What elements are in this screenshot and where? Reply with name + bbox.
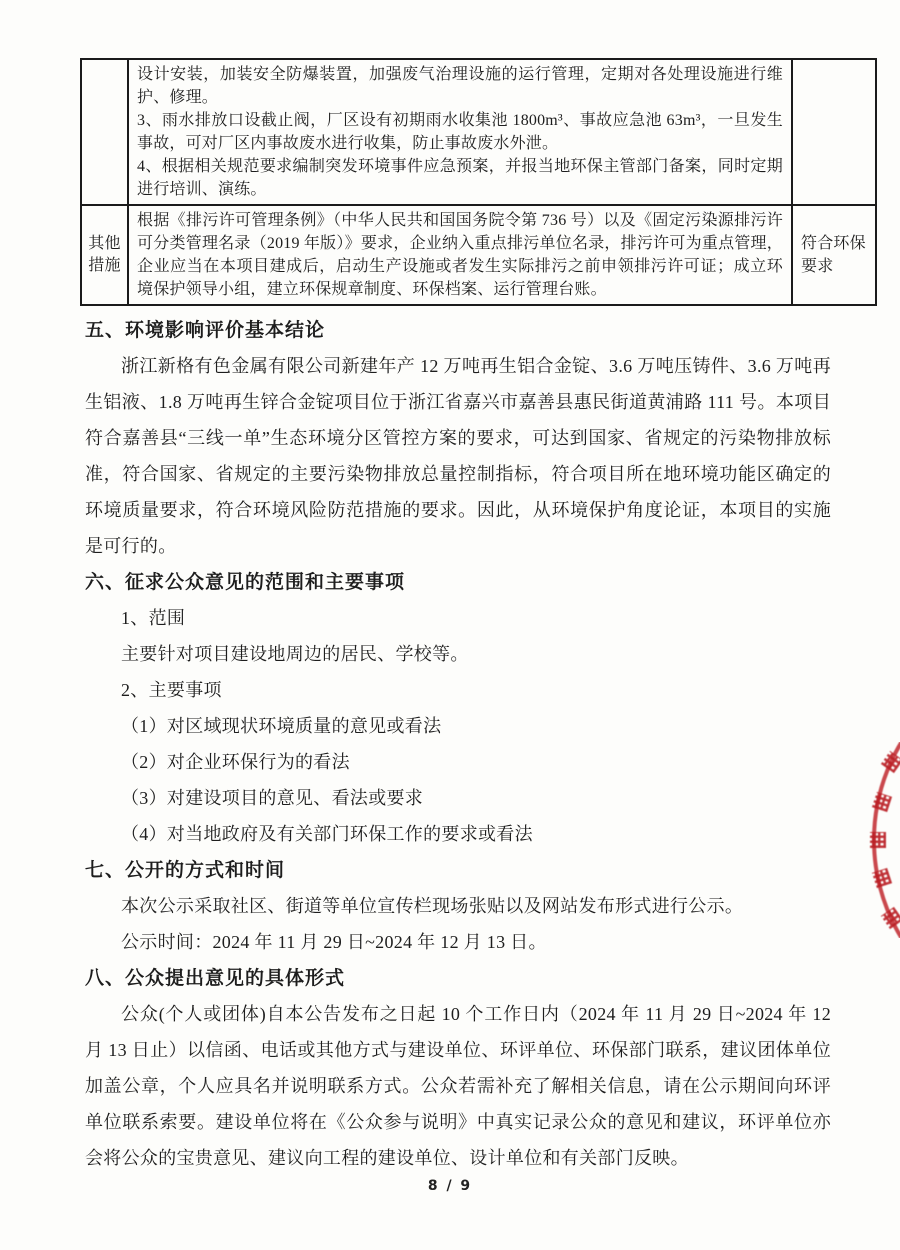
main-item-4: （4）对当地政府及有关部门环保工作的要求或看法 [85,816,831,852]
table-row-continued: 设计安装，加装安全防爆装置，加强废气治理设施的运行管理，定期对各处理设施进行维护… [81,59,876,205]
measure-content-cell: 根据《排污许可管理条例》（中华人民共和国国务院令第 736 号）以及《固定污染源… [128,205,792,305]
section-heading-feedback: 八、公众提出意见的具体形式 [85,960,831,996]
measure-paragraph: 根据《排污许可管理条例》（中华人民共和国国务院令第 736 号）以及《固定污染源… [137,209,783,301]
page-number: 8 / 9 [0,1178,900,1194]
document-page: 设计安装，加装安全防爆装置，加强废气治理设施的运行管理，定期对各处理设施进行维护… [0,0,900,1250]
measure-name-cell: 其他措施 [81,205,128,305]
conformity-cell [792,59,876,205]
measure-name-cell [81,59,128,205]
scope-subheading: 1、范围 [85,600,831,636]
publicity-period-text: 公示时间：2024 年 11 月 29 日~2024 年 12 月 13 日。 [85,924,831,960]
section-heading-publicity: 七、公开的方式和时间 [85,852,831,888]
measure-paragraph: 设计安装，加装安全防爆装置，加强废气治理设施的运行管理，定期对各处理设施进行维护… [137,63,783,109]
conclusion-paragraph: 浙江新格有色金属有限公司新建年产 12 万吨再生铝合金锭、3.6 万吨压铸件、3… [85,348,831,564]
publicity-method-text: 本次公示采取社区、街道等单位宣传栏现场张贴以及网站发布形式进行公示。 [85,888,831,924]
conformity-cell: 符合环保要求 [792,205,876,305]
measure-paragraph: 3、雨水排放口设截止阀，厂区设有初期雨水收集池 1800m³、事故应急池 63m… [137,109,783,155]
measure-paragraph: 4、根据相关规范要求编制突发环境事件应急预案，并报当地环保主管部门备案，同时定期… [137,155,783,201]
section-heading-conclusion: 五、环境影响评价基本结论 [85,312,831,348]
main-item-3: （3）对建设项目的意见、看法或要求 [85,780,831,816]
table-row-other-measures: 其他措施 根据《排污许可管理条例》（中华人民共和国国务院令第 736 号）以及《… [81,205,876,305]
main-items-subheading: 2、主要事项 [85,672,831,708]
scope-text: 主要针对项目建设地周边的居民、学校等。 [85,636,831,672]
feedback-paragraph: 公众(个人或团体)自本公告发布之日起 10 个工作日内（2024 年 11 月 … [85,996,831,1176]
measure-content-cell: 设计安装，加装安全防爆装置，加强废气治理设施的运行管理，定期对各处理设施进行维护… [128,59,792,205]
section-heading-scope: 六、征求公众意见的范围和主要事项 [85,564,831,600]
main-item-2: （2）对企业环保行为的看法 [85,744,831,780]
measures-table: 设计安装，加装安全防爆装置，加强废气治理设施的运行管理，定期对各处理设施进行维护… [80,58,877,306]
main-item-1: （1）对区域现状环境质量的意见或看法 [85,708,831,744]
